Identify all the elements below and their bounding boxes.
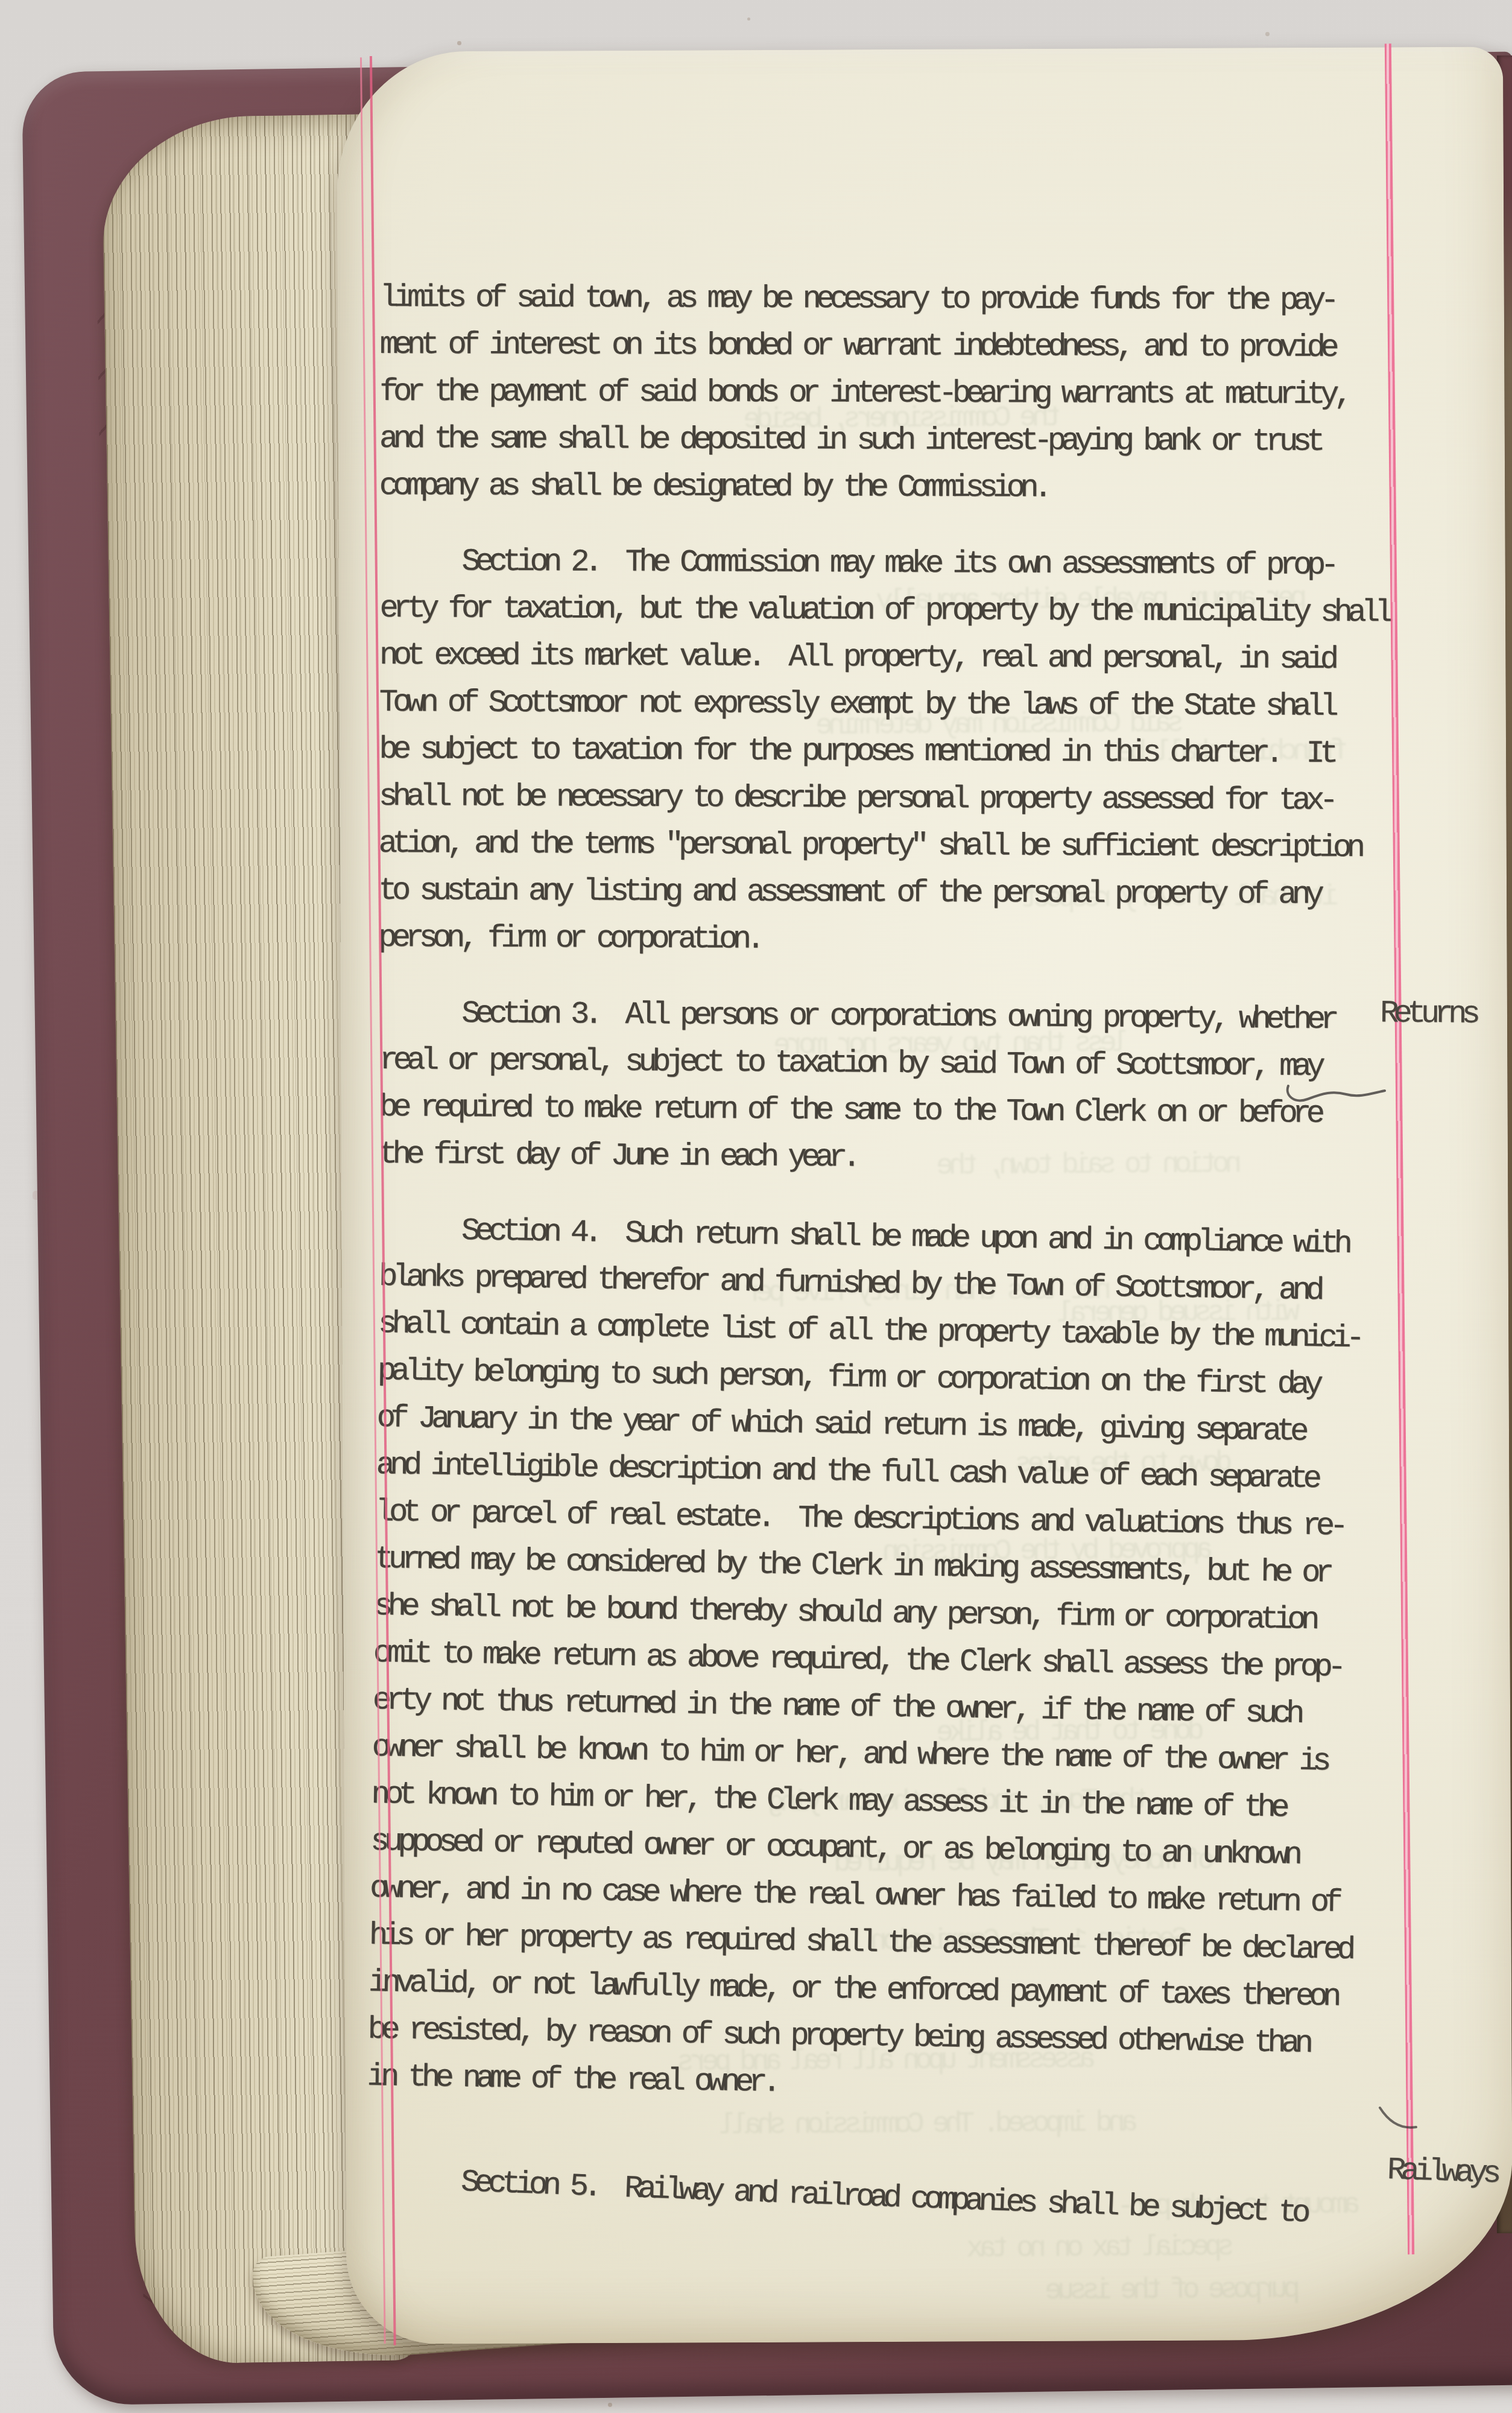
typewritten-line: ation, and the terms "personal property"… [379,820,1512,872]
margin-note-returns: Returns [1380,990,1476,1038]
typewritten-line: be subject to taxation for the purposes … [379,726,1512,778]
typewritten-line: Section 3. All persons or corporations o… [379,990,1512,1045]
typewritten-line: the first day of June in each year. [379,1131,1512,1186]
typewritten-line: for the payment of said bonds or interes… [379,369,1512,419]
photograph-of-ledger-page: { "page": { "description": "Typewritten … [0,0,1512,2413]
typewritten-line: limits of said town, as may be necessary… [380,274,1512,325]
typewritten-line: erty for taxation, but the valuation of … [379,585,1512,637]
margin-note-railways: Railways [1387,2147,1497,2198]
paragraph-section1-continuation: limits of said town, as may be necessary… [379,274,1512,513]
typewritten-line: Town of Scottsmoor not expressly exempt … [379,679,1512,731]
typewritten-line: shall not be necessary to describe perso… [379,773,1512,825]
typewritten-line: be required to make return of the same t… [379,1084,1512,1139]
paragraph-section2: Section 2. The Commission may make its o… [378,538,1512,966]
paragraph-section4: Section 4. Such return shall be made upo… [367,1206,1512,2117]
typewritten-line: and the same shall be deposited in such … [379,416,1512,466]
typewritten-line: person, firm or corporation. [378,915,1512,966]
typewritten-line: ment of interest on its bonded or warran… [380,322,1512,372]
typewritten-line: real or personal, subject to taxation by… [379,1037,1512,1092]
typewritten-line: not exceed its market value. All propert… [379,632,1512,684]
typewritten-line: Section 2. The Commission may make its o… [380,538,1512,590]
photo-dust-specks [0,0,2,2]
typewritten-line: company as shall be designated by the Co… [379,463,1512,513]
typewritten-body: limits of said town, as may be necessary… [380,274,1512,2203]
typewritten-line: to sustain any listing and assessment of… [378,867,1512,919]
paragraph-section3: Section 3. All persons or corporations o… [379,990,1512,1186]
